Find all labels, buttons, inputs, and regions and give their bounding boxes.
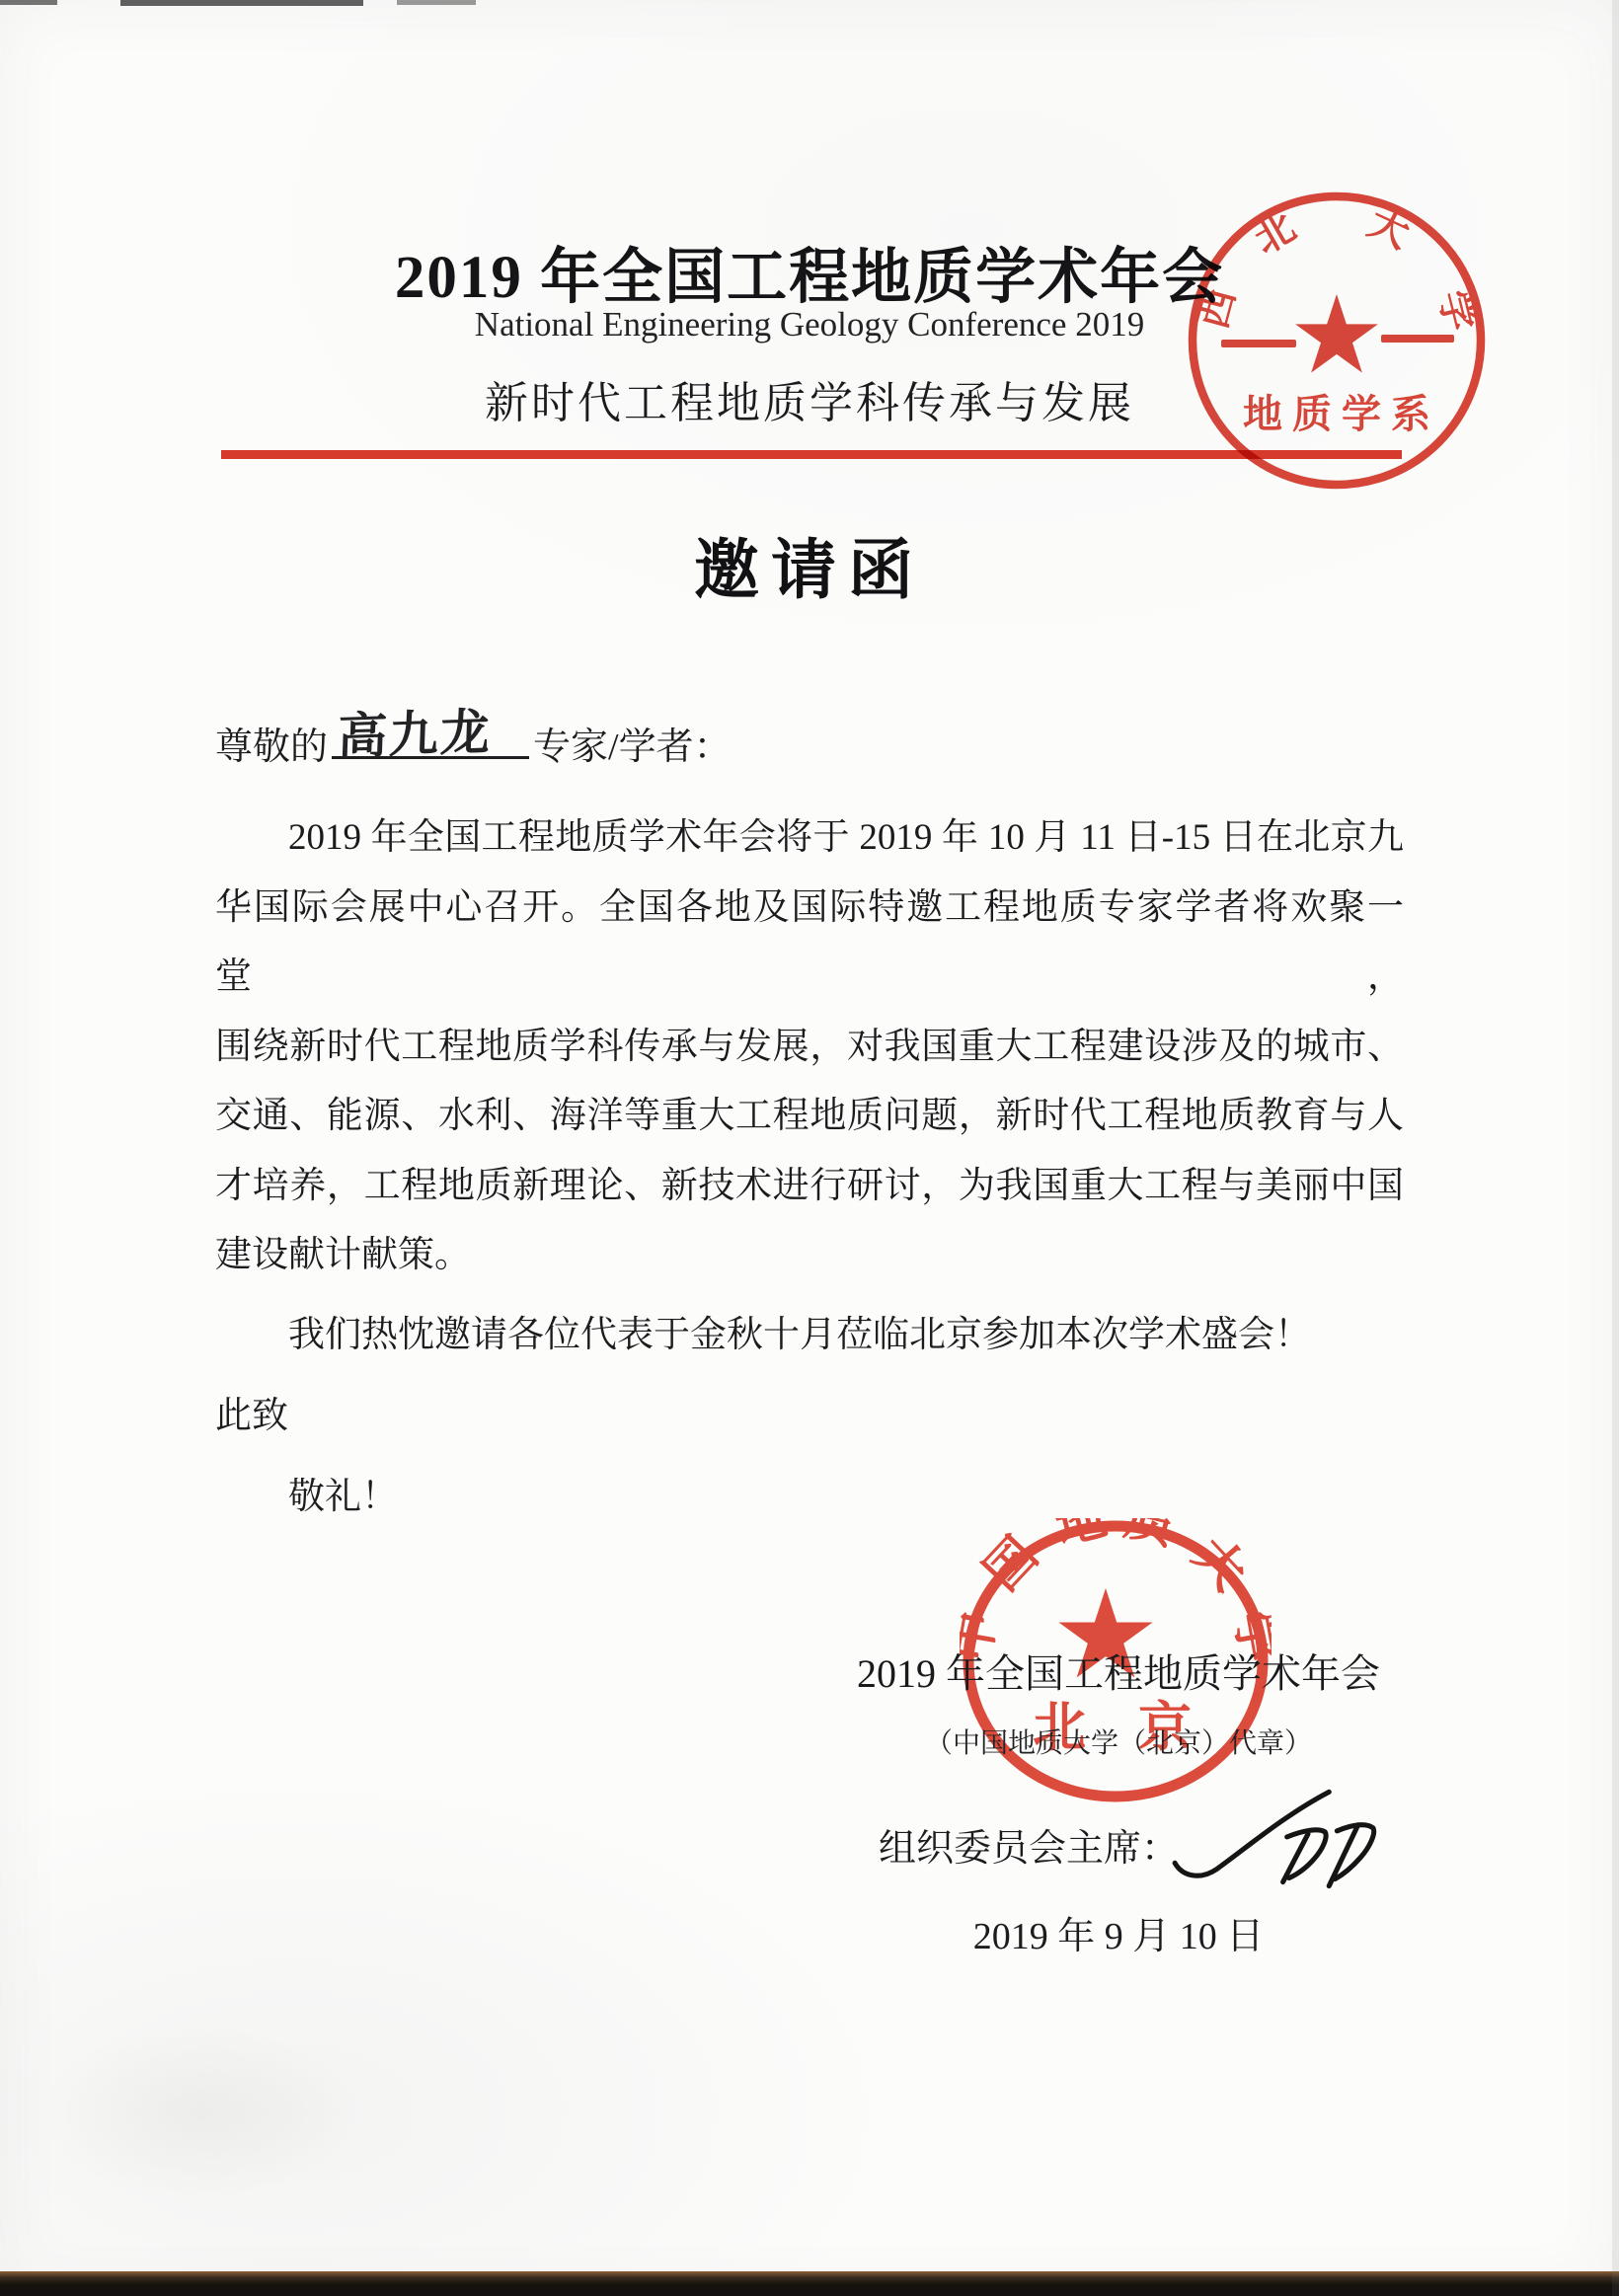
seal-arc-char: 地 [1050,1518,1112,1556]
recipient-name-underline: 高九龙 [332,713,529,759]
body-line: 建设献计献策。 [215,1221,1404,1291]
seal-dash-left [1221,340,1296,347]
scan-artifact-top [0,0,57,5]
body-line: 华国际会展中心召开。全国各地及国际特邀工程地质专家学者将欢聚一堂， [215,874,1404,1013]
body-line: 2019 年全国工程地质学术年会将于 2019 年 10 月 11 日-15 日… [215,804,1404,874]
chairman-handwritten-signature [1167,1785,1382,1895]
letter-body: 2019 年全国工程地质学术年会将于 2019 年 10 月 11 日-15 日… [215,804,1404,1291]
closing-cizhi: 此致 [215,1382,288,1451]
invitation-letter-page: 2019 年全国工程地质学术年会 National Engineering Ge… [0,0,1619,2296]
seal-on-behalf-note: （中国地质大学（北京）代章） [625,1722,1612,1761]
seal-arc-char: 北 [1247,204,1303,263]
chairman-label: 组织委员会主席： [879,1821,1179,1876]
salutation-line: 尊敬的高九龙专家/学者： [215,713,732,775]
letter-heading: 邀请函 [0,517,1619,611]
recipient-name-handwritten: 高九龙 [337,704,493,765]
scan-artifact-bottom-edge [0,2271,1619,2296]
seal-arc-char: 大 [1361,199,1416,257]
seal-dash-right [1381,335,1454,343]
body-line: 交通、能源、水利、海洋等重大工程地质问题，新时代工程地质教育与人 [215,1082,1404,1152]
signature-strokes [1167,1785,1382,1895]
star-icon [1295,294,1378,373]
seal-graphic: 西 北 大 学 地质学系 [1187,191,1487,491]
closing-jingli: 敬礼！ [288,1463,398,1532]
signing-organization: 2019 年全国工程地质学术年会 [625,1643,1612,1699]
salutation-suffix: 专家/学者： [533,727,732,768]
invitation-sentence: 我们热忱邀请各位代表于金秋十月莅临北京参加本次学术盛会！ [215,1301,1404,1370]
letter-date: 2019 年 9 月 10 日 [625,1905,1612,1959]
seal-arc-char: 质 [1119,1518,1181,1556]
seal-bottom-text: 地质学系 [1243,392,1440,436]
scan-smudge [39,2024,355,2201]
salutation-prefix: 尊敬的 [215,727,328,768]
scan-artifact-top [120,0,363,6]
scan-artifact-top [397,0,476,5]
body-line: 才培养，工程地质新理论、新技术进行研讨，为我国重大工程与美丽中国 [215,1152,1404,1222]
geology-department-seal: 西 北 大 学 地质学系 [1187,191,1487,491]
seal-arc-char: 西 [1191,283,1244,333]
body-line: 围绕新时代工程地质学科传承与发展，对我国重大工程建设涉及的城市、 [215,1013,1404,1083]
seal-arc-char: 学 [1430,286,1483,336]
